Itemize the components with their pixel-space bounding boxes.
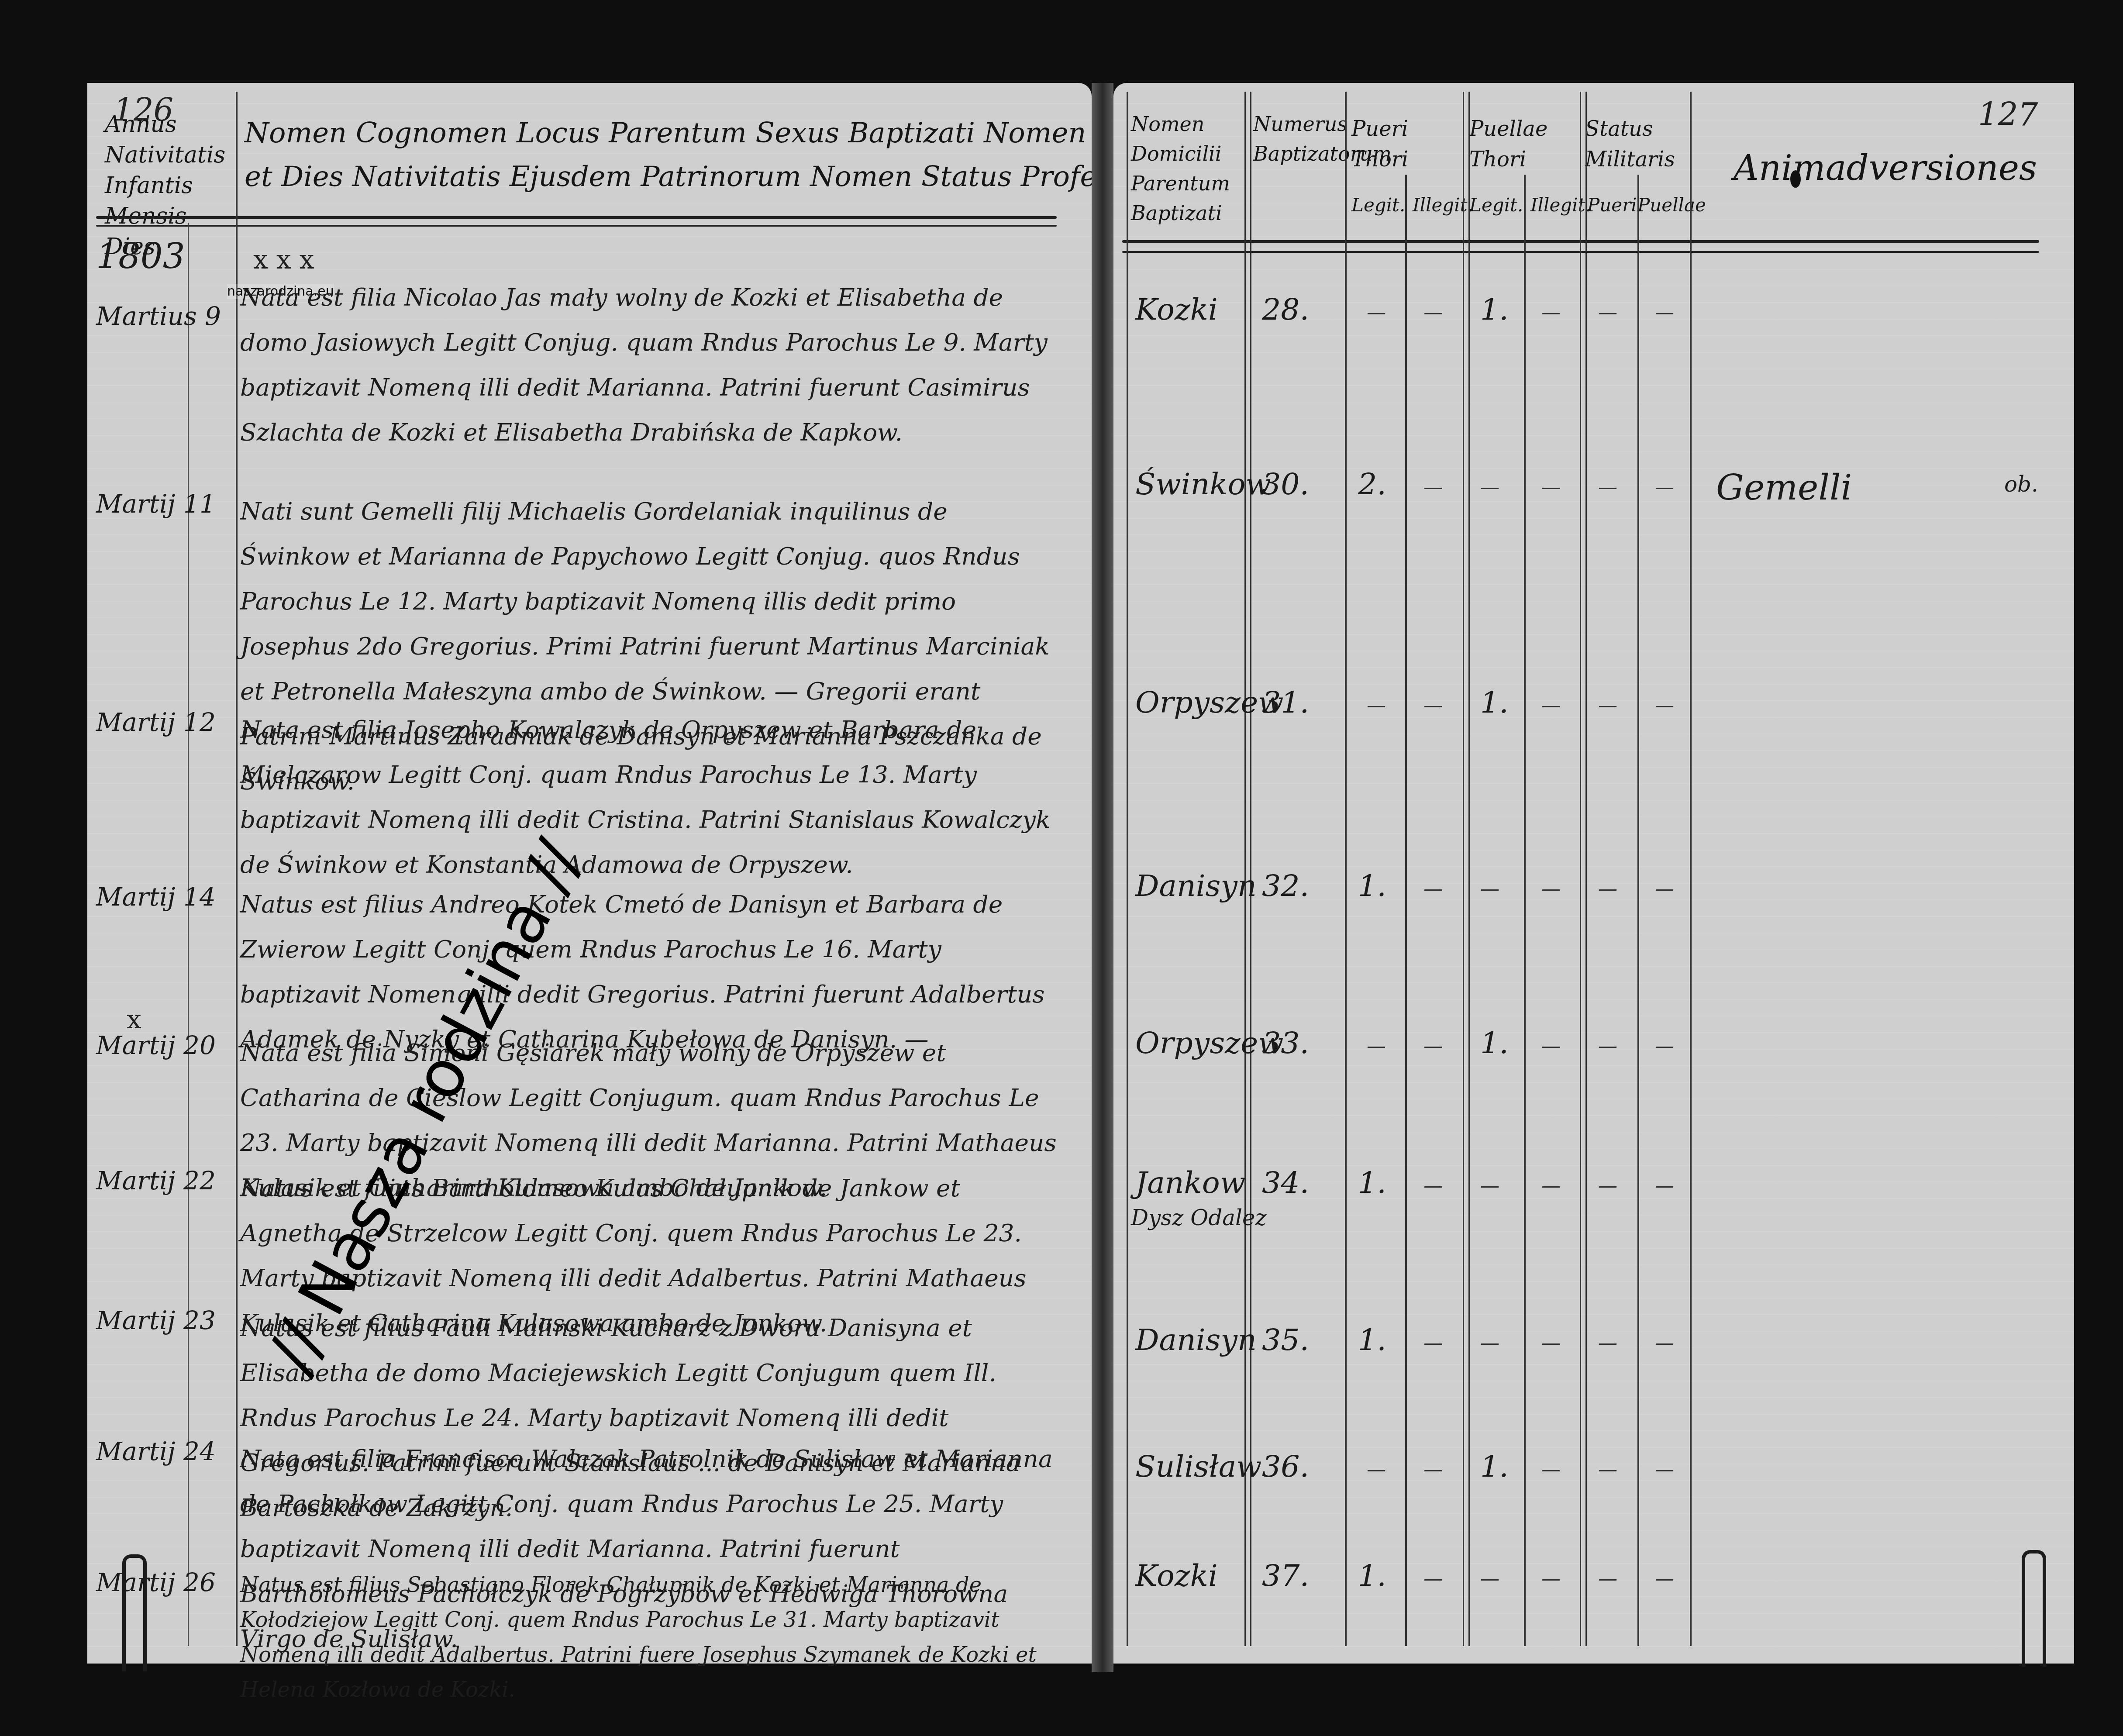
header-number: Numerus Baptizatorum bbox=[1253, 109, 1341, 169]
header-boys-legit: Legit. bbox=[1351, 186, 1405, 225]
day-column-divider bbox=[188, 223, 189, 1646]
margin-note: ob. bbox=[2004, 472, 2038, 497]
page-clip bbox=[2022, 1550, 2046, 1667]
table-row: Kozki 28. — — 1. — — — bbox=[1113, 293, 2074, 345]
table-row: Sulisław 36. — — 1. — — — bbox=[1113, 1450, 2074, 1502]
header-main-line1: Nomen Cognomen Locus Parentum Sexus Bapt… bbox=[245, 114, 1086, 153]
book-gutter bbox=[1092, 83, 1113, 1672]
remark-gemelli: Gemelli bbox=[1716, 467, 1852, 508]
table-row: Orpyszew 33. — — 1. — — — bbox=[1113, 1026, 2074, 1078]
header-rule-2 bbox=[96, 225, 1057, 227]
entry-text: Natus est filius Sebastiano Florek Chału… bbox=[240, 1567, 1061, 1707]
header-girls: Puellae Thori bbox=[1469, 114, 1578, 175]
table-row: Kozki 37. 1. — — — — — bbox=[1113, 1559, 2074, 1611]
header-girls-legit: Legit. bbox=[1469, 186, 1523, 225]
table-row: Danisyn 35. 1. — — — — — bbox=[1113, 1323, 2074, 1375]
header-boys: Pueri Thori bbox=[1351, 114, 1461, 175]
header-rule bbox=[96, 216, 1057, 219]
page-clip bbox=[122, 1554, 147, 1671]
table-row: Danisyn 32. 1. — — — — — bbox=[1113, 869, 2074, 921]
table-row: Orpyszew 31. — — 1. — — — bbox=[1113, 685, 2074, 738]
table-row: Świnkow 30. 2. — — — — — Gemelli ob. bbox=[1113, 467, 2074, 520]
header-military-girls: Puellae bbox=[1637, 186, 1706, 225]
header-military: Status Militaris bbox=[1585, 114, 1685, 175]
right-page-number: 127 bbox=[1978, 96, 2038, 133]
right-page: 127 Nomen Domicilii Parentum Baptizati N… bbox=[1113, 83, 2074, 1664]
entry-text: Nata est filia Nicolao Jas mały wolny de… bbox=[240, 275, 1061, 455]
ink-blot bbox=[1790, 170, 1801, 188]
left-page: 126 Annus Nativitatis Infantis Mensis Di… bbox=[87, 83, 1092, 1664]
header-domicile: Nomen Domicilii Parentum Baptizati bbox=[1131, 109, 1244, 228]
header-military-boys: Pueri bbox=[1587, 186, 1637, 225]
table-row: Jankow Dysz Odalez 34. 1. — — — — — bbox=[1113, 1166, 2074, 1218]
register-book: 126 Annus Nativitatis Infantis Mensis Di… bbox=[83, 83, 2074, 1672]
header-remarks: Animadversiones bbox=[1734, 148, 2037, 188]
entry-text: Nata est filia Josepho Kowalczyk de Orpy… bbox=[240, 707, 1061, 887]
